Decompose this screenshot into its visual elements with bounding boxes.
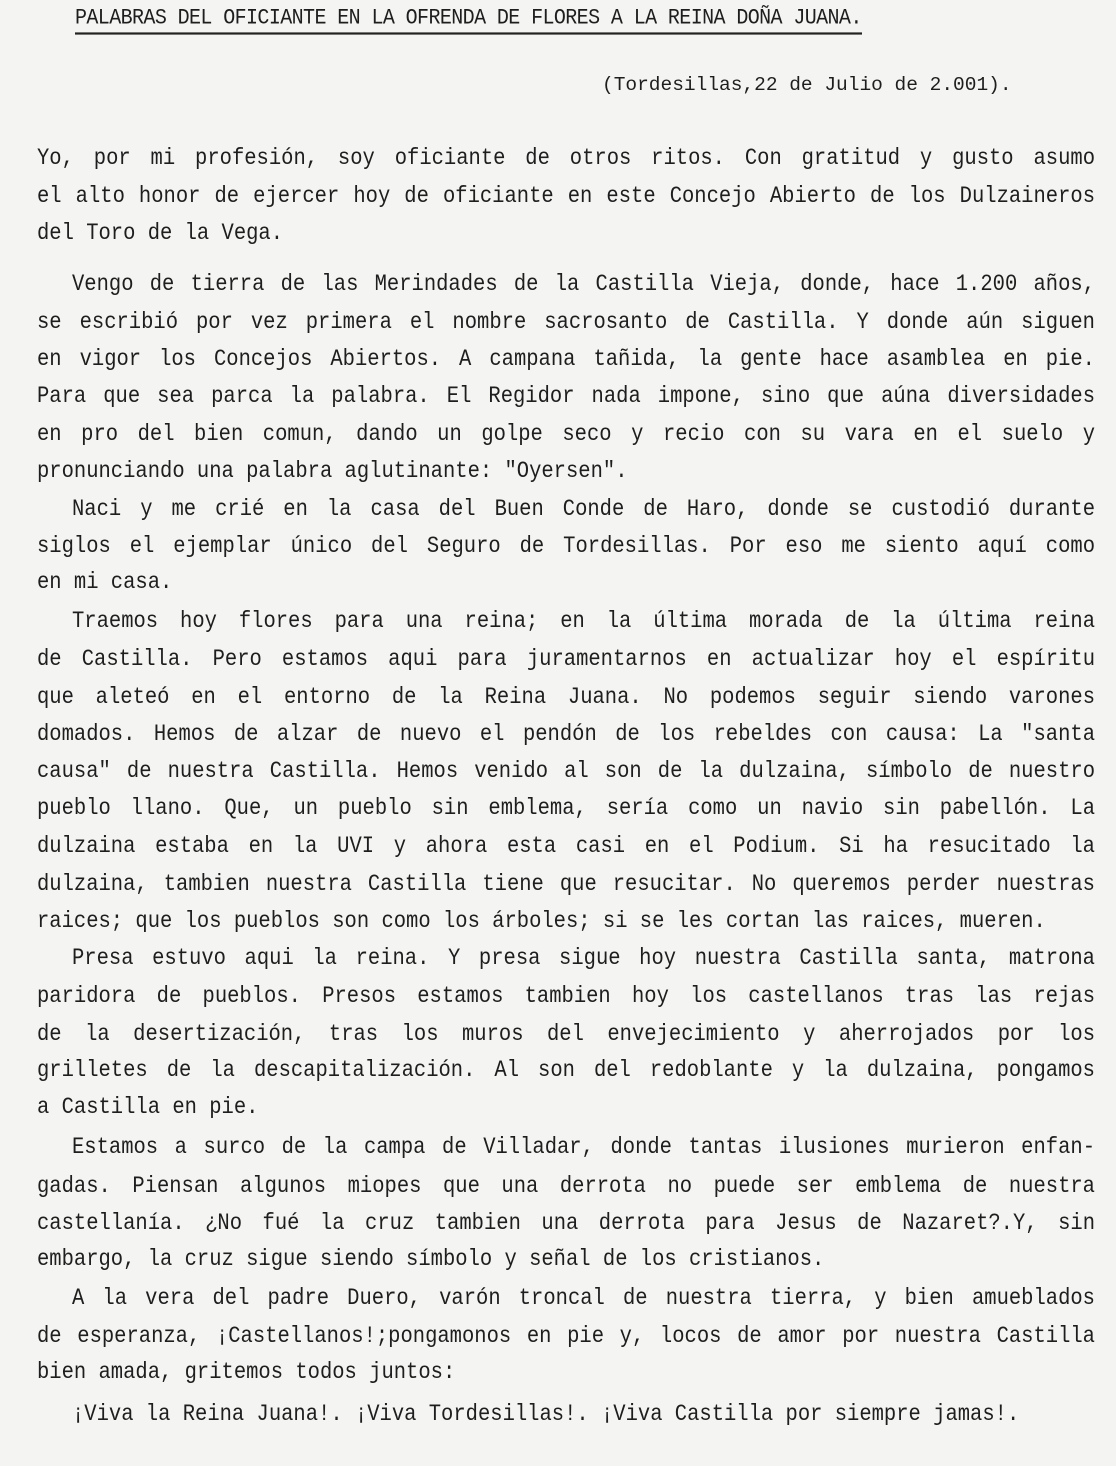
- document-title: PALABRAS DEL OFICIANTE EN LA OFRENDA DE …: [75, 6, 862, 35]
- text-line: Para que sea parca la palabra. El Regido…: [37, 384, 1095, 411]
- text-line: Yo, por mi profesión, soy oficiante de o…: [37, 146, 1095, 173]
- text-line: ¡Viva la Reina Juana!. ¡Viva Tordesillas…: [72, 1402, 1095, 1429]
- text-line: Traemos hoy flores para una reina; en la…: [72, 609, 1095, 636]
- text-line: Estamos a surco de la campa de Villadar,…: [72, 1135, 1095, 1162]
- text-line: Naci y me crié en la casa del Buen Conde…: [72, 497, 1095, 524]
- text-line: pueblo llano. Que, un pueblo sin emblema…: [37, 796, 1095, 823]
- text-line: que aleteó en el entorno de la Reina Jua…: [37, 685, 1095, 712]
- document-page: PALABRAS DEL OFICIANTE EN LA OFRENDA DE …: [0, 0, 1116, 1466]
- text-line: causa" de nuestra Castilla. Hemos venido…: [37, 759, 1095, 786]
- text-line: dulzaina, tambien nuestra Castilla tiene…: [37, 872, 1095, 899]
- text-line: del Toro de la Vega.: [37, 221, 1095, 248]
- text-line: gadas. Piensan algunos miopes que una de…: [37, 1174, 1095, 1201]
- text-line: raices; que los pueblos son como los árb…: [37, 909, 1095, 936]
- text-line: el alto honor de ejercer hoy de oficiant…: [37, 184, 1095, 211]
- text-line: de la desertización, tras los muros del …: [37, 1022, 1095, 1049]
- text-line: bien amada, gritemos todos juntos:: [37, 1360, 1095, 1387]
- dateline: (Tordesillas,22 de Julio de 2.001).: [602, 74, 1012, 96]
- text-line: A la vera del padre Duero, varón troncal…: [72, 1286, 1095, 1313]
- text-line: de Castilla. Pero estamos aqui para jura…: [37, 647, 1095, 674]
- text-line: a Castilla en pie.: [37, 1095, 1095, 1122]
- text-line: grilletes de la descapitalización. Al so…: [37, 1058, 1095, 1085]
- text-line: dulzaina estaba en la UVI y ahora esta c…: [37, 834, 1095, 861]
- text-line: en vigor los Concejos Abiertos. A campan…: [37, 347, 1095, 374]
- text-line: domados. Hemos de alzar de nuevo el pend…: [37, 722, 1095, 749]
- text-line: embargo, la cruz sigue siendo símbolo y …: [37, 1247, 1095, 1274]
- text-line: pronunciando una palabra aglutinante: "O…: [37, 459, 1095, 486]
- text-line: se escribió por vez primera el nombre sa…: [37, 310, 1095, 337]
- text-line: Presa estuvo aqui la reina. Y presa sigu…: [72, 946, 1095, 973]
- text-line: Vengo de tierra de las Merindades de la …: [72, 272, 1095, 299]
- text-line: en mi casa.: [37, 570, 1095, 597]
- text-line: castellanía. ¿No fué la cruz tambien una…: [37, 1211, 1095, 1238]
- text-line: paridora de pueblos. Presos estamos tamb…: [37, 984, 1095, 1011]
- text-line: siglos el ejemplar único del Seguro de T…: [37, 534, 1095, 561]
- text-line: de esperanza, ¡Castellanos!;pongamonos e…: [37, 1324, 1095, 1351]
- text-line: en pro del bien comun, dando un golpe se…: [37, 422, 1095, 449]
